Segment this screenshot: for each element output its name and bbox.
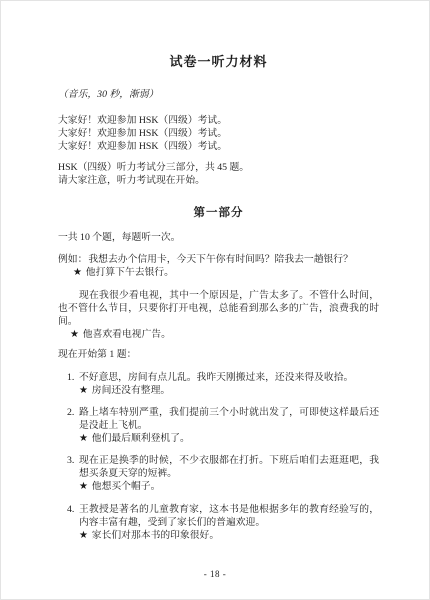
item-statement-row: ★他想买个帽子。: [79, 480, 379, 493]
item-number: 4.: [67, 503, 79, 542]
list-item: 3. 现在正是换季的时候，不少衣服都在打折。下班后咱们去逛逛吧，我想买条夏天穿的…: [58, 454, 379, 493]
star-icon: ★: [79, 530, 88, 541]
greeting-line: 大家好！欢迎参加 HSK（四级）考试。: [58, 114, 379, 127]
item-statement: 家长们对那本书的印象很好。: [92, 530, 219, 541]
example-block: 例如： 我想去办个信用卡，今天下午你有时间吗？陪我去一趟银行？ ★他打算下午去银…: [58, 253, 379, 279]
item-body: 王教授是著名的儿童教育家，这本书是他根据多年的教育经验写的，内容丰富有趣，受到了…: [79, 503, 379, 542]
item-statement-row: ★他们最后顺利登机了。: [79, 432, 379, 445]
list-item: 4. 王教授是著名的儿童教育家，这本书是他根据多年的教育经验写的，内容丰富有趣，…: [58, 503, 379, 542]
page-title: 试卷一听力材料: [58, 54, 379, 69]
item-statement: 他们最后顺利登机了。: [92, 433, 190, 444]
star-icon: ★: [79, 385, 88, 396]
example-question-row: 例如： 我想去办个信用卡，今天下午你有时间吗？陪我去一趟银行？: [58, 253, 379, 266]
star-icon: ★: [70, 329, 79, 340]
example2-statement-row: ★他喜欢看电视广告。: [70, 328, 379, 341]
item-body: 路上堵车特别严重，我们提前三个小时就出发了，可即使这样最后还是没赶上飞机。 ★他…: [79, 406, 379, 445]
section-heading: 第一部分: [58, 206, 379, 220]
star-icon: ★: [73, 267, 82, 278]
item-statement: 房间还没有整理。: [92, 385, 170, 396]
example2-text: 现在我很少看电视，其中一个原因是，广告太多了。不管什么时间，也不管什么节目，只要…: [58, 289, 379, 328]
intro-line: HSK（四级）听力考试分三部分，共 45 题。: [58, 161, 379, 174]
example-statement-row: ★他打算下午去银行。: [73, 266, 379, 279]
star-icon: ★: [79, 433, 88, 444]
example-statement: 他打算下午去银行。: [86, 267, 174, 278]
greeting-lines: 大家好！欢迎参加 HSK（四级）考试。 大家好！欢迎参加 HSK（四级）考试。 …: [58, 114, 379, 153]
list-item: 2. 路上堵车特别严重，我们提前三个小时就出发了，可即使这样最后还是没赶上飞机。…: [58, 406, 379, 445]
item-statement-row: ★家长们对那本书的印象很好。: [79, 529, 379, 542]
item-text: 王教授是著名的儿童教育家，这本书是他根据多年的教育经验写的，内容丰富有趣，受到了…: [79, 503, 379, 529]
example-question: 我想去办个信用卡，今天下午你有时间吗？陪我去一趟银行？: [88, 253, 353, 266]
exam-intro: HSK（四级）听力考试分三部分，共 45 题。 请大家注意，听力考试现在开始。: [58, 161, 379, 187]
item-body: 现在正是换季的时候，不少衣服都在打折。下班后咱们去逛逛吧，我想买条夏天穿的短裤。…: [79, 454, 379, 493]
example2-block: 现在我很少看电视，其中一个原因是，广告太多了。不管什么时间，也不管什么节目，只要…: [58, 289, 379, 341]
item-text: 路上堵车特别严重，我们提前三个小时就出发了，可即使这样最后还是没赶上飞机。: [79, 406, 379, 432]
section-intro: 一共 10 个题，每题听一次。: [58, 231, 379, 244]
item-number: 2.: [67, 406, 79, 445]
greeting-line: 大家好！欢迎参加 HSK（四级）考试。: [58, 127, 379, 140]
item-statement-row: ★房间还没有整理。: [79, 384, 379, 397]
list-item: 1. 不好意思，房间有点儿乱。我昨天刚搬过来，还没来得及收拾。 ★房间还没有整理…: [58, 371, 379, 397]
intro-line: 请大家注意，听力考试现在开始。: [58, 174, 379, 187]
item-text: 现在正是换季的时候，不少衣服都在打折。下班后咱们去逛逛吧，我想买条夏天穿的短裤。: [79, 454, 379, 480]
item-body: 不好意思，房间有点儿乱。我昨天刚搬过来，还没来得及收拾。 ★房间还没有整理。: [79, 371, 379, 397]
page-number: - 18 -: [1, 568, 429, 581]
item-number: 1.: [67, 371, 79, 397]
example-label: 例如：: [58, 253, 87, 266]
item-statement: 他想买个帽子。: [92, 481, 161, 492]
item-text: 不好意思，房间有点儿乱。我昨天刚搬过来，还没来得及收拾。: [79, 371, 379, 384]
start-line: 现在开始第 1 题：: [58, 348, 379, 361]
greeting-line: 大家好！欢迎参加 HSK（四级）考试。: [58, 140, 379, 153]
document-page: 试卷一听力材料 （音乐，30 秒，渐弱） 大家好！欢迎参加 HSK（四级）考试。…: [0, 0, 430, 600]
item-number: 3.: [67, 454, 79, 493]
stage-direction: （音乐，30 秒，渐弱）: [58, 88, 379, 101]
example2-statement: 他喜欢看电视广告。: [83, 329, 171, 340]
star-icon: ★: [79, 481, 88, 492]
